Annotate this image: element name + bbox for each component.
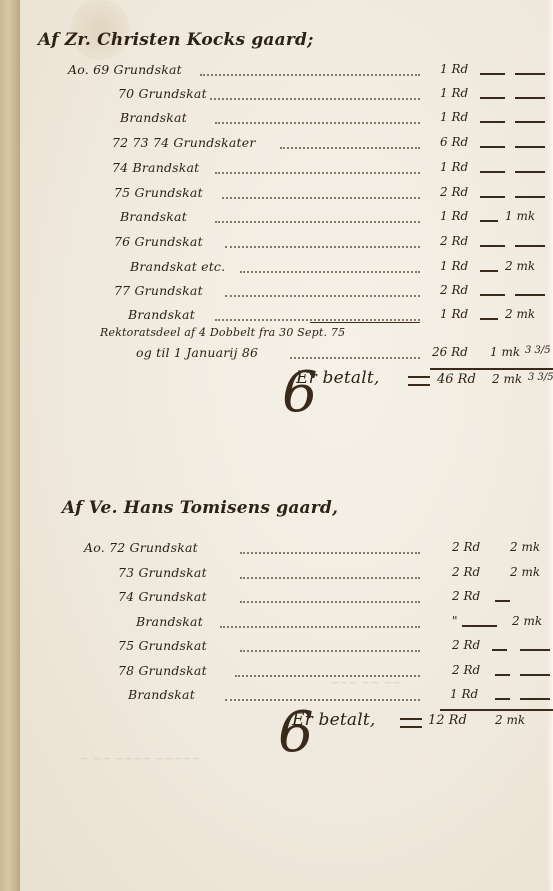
entry-amount-mk: 2 mk [510, 540, 540, 554]
entry-label: Brandskat [120, 110, 187, 125]
column-dash [515, 245, 545, 247]
column-dash [480, 245, 505, 247]
entry-label: og til 1 Januarij 86 [136, 345, 258, 360]
entry-amount-rd: 2 Rd [452, 540, 480, 554]
entry-amount-mk: 2 mk [512, 614, 542, 628]
column-dash [480, 171, 505, 173]
leader-dots [240, 552, 420, 555]
entry-label: Ao. 72 Grundskat [84, 540, 198, 555]
column-dash [515, 73, 545, 75]
entry-amount-mk: 1 mk [490, 345, 520, 359]
leader-dots [225, 699, 420, 702]
equals-mark [400, 718, 422, 728]
total-amount-rd: 46 Rd [437, 372, 476, 387]
leader-dots [280, 147, 420, 150]
entry-amount-rd: 2 Rd [452, 565, 480, 579]
entry-amount-sk: 3 3/5 [525, 345, 551, 356]
section-heading: Af Ve. Hans Tomisens gaard, [62, 498, 338, 518]
entry-amount-rd: 1 Rd [440, 110, 468, 124]
entry-amount-rd: 2 Rd [440, 185, 468, 199]
leader-dots [240, 271, 420, 274]
leader-dots [220, 626, 420, 629]
column-dash [515, 171, 545, 173]
equals-mark [408, 376, 430, 386]
leader-dots [225, 295, 420, 298]
leader-dots [200, 74, 420, 77]
entry-label: 74 Brandskat [112, 160, 199, 175]
entry-label: Brandskat [128, 307, 195, 322]
total-rule [430, 368, 553, 370]
entry-amount-rd: 2 Rd [452, 638, 480, 652]
entry-amount-mk: 2 mk [510, 565, 540, 579]
entry-amount-rd: 2 Rd [452, 663, 480, 677]
leader-dots [240, 650, 420, 653]
leader-dots [210, 98, 420, 101]
entry-amount-rd: 1 Rd [440, 62, 468, 76]
entry-label: 75 Grundskat [114, 185, 203, 200]
flourish-mark: 6 [282, 360, 318, 425]
leader-dots [222, 197, 420, 200]
total-amount-mk: 2 mk [495, 713, 525, 727]
entry-amount-rd: 1 Rd [440, 307, 468, 321]
total-amount-mk: 2 mk [492, 372, 522, 386]
leader-dots [235, 675, 420, 678]
entry-label: Brandskat [120, 209, 187, 224]
column-dash [480, 73, 505, 75]
leader-dots [215, 122, 420, 125]
column-dash [480, 97, 505, 99]
section-heading: Af Zr. Christen Kocks gaard; [38, 30, 314, 50]
leader-dots [215, 172, 420, 175]
entry-label: 70 Grundskat [118, 86, 207, 101]
entry-label: Rektoratsdeel af 4 Dobbelt fra 30 Sept. … [100, 326, 345, 339]
column-dash [480, 196, 505, 198]
entry-label: 75 Grundskat [118, 638, 207, 653]
column-dash [462, 625, 497, 627]
entry-amount-rd: 1 Rd [440, 259, 468, 273]
entry-amount-rd: 2 Rd [440, 283, 468, 297]
column-dash [520, 649, 550, 651]
column-dash [480, 121, 505, 123]
bleed-through-text: ~ ~~ ~~~~ ~~~~~ [80, 752, 201, 765]
column-dash [480, 220, 498, 222]
entry-amount-rd: 1 Rd [450, 687, 478, 701]
entry-label: 78 Grundskat [118, 663, 207, 678]
entry-amount-rd: 26 Rd [432, 345, 468, 359]
entry-label: 77 Grundskat [114, 283, 203, 298]
entry-amount-rd: " [452, 614, 458, 628]
entry-amount-rd: 1 Rd [440, 86, 468, 100]
entry-label: Ao. 69 Grundskat [68, 62, 182, 77]
entry-label: 73 Grundskat [118, 565, 207, 580]
underline [310, 322, 420, 323]
entry-label: Brandskat [128, 687, 195, 702]
entry-amount-mk: 2 mk [505, 307, 535, 321]
column-dash [492, 649, 507, 651]
column-dash [480, 270, 498, 272]
column-dash [480, 294, 505, 296]
column-dash [515, 294, 545, 296]
leader-dots [240, 601, 420, 604]
column-dash [520, 698, 550, 700]
entry-label: 74 Grundskat [118, 589, 207, 604]
column-dash [480, 146, 505, 148]
entry-amount-rd: 1 Rd [440, 160, 468, 174]
column-dash [495, 600, 510, 602]
entry-label: Brandskat etc. [130, 259, 225, 274]
flourish-mark: 6 [278, 700, 314, 765]
column-dash [515, 121, 545, 123]
entry-label: 72 73 74 Grundskater [112, 135, 256, 150]
entry-amount-mk: 2 mk [505, 259, 535, 273]
total-rule [440, 709, 553, 711]
leader-dots [225, 246, 420, 249]
column-dash [495, 698, 510, 700]
entry-amount-rd: 1 Rd [440, 209, 468, 223]
book-binding-gutter [0, 0, 20, 891]
entry-amount-rd: 2 Rd [452, 589, 480, 603]
total-amount-rd: 12 Rd [428, 713, 467, 728]
column-dash [515, 196, 545, 198]
entry-amount-mk: 1 mk [505, 209, 535, 223]
entry-label: 76 Grundskat [114, 234, 203, 249]
column-dash [515, 97, 545, 99]
leader-dots [240, 577, 420, 580]
entry-amount-rd: 6 Rd [440, 135, 468, 149]
column-dash [515, 146, 545, 148]
column-dash [495, 674, 510, 676]
entry-label: Brandskat [136, 614, 203, 629]
total-amount-sk: 3 3/5 [528, 372, 553, 383]
column-dash [520, 674, 550, 676]
leader-dots [215, 221, 420, 224]
column-dash [480, 318, 498, 320]
page-edge [547, 0, 553, 891]
entry-amount-rd: 2 Rd [440, 234, 468, 248]
